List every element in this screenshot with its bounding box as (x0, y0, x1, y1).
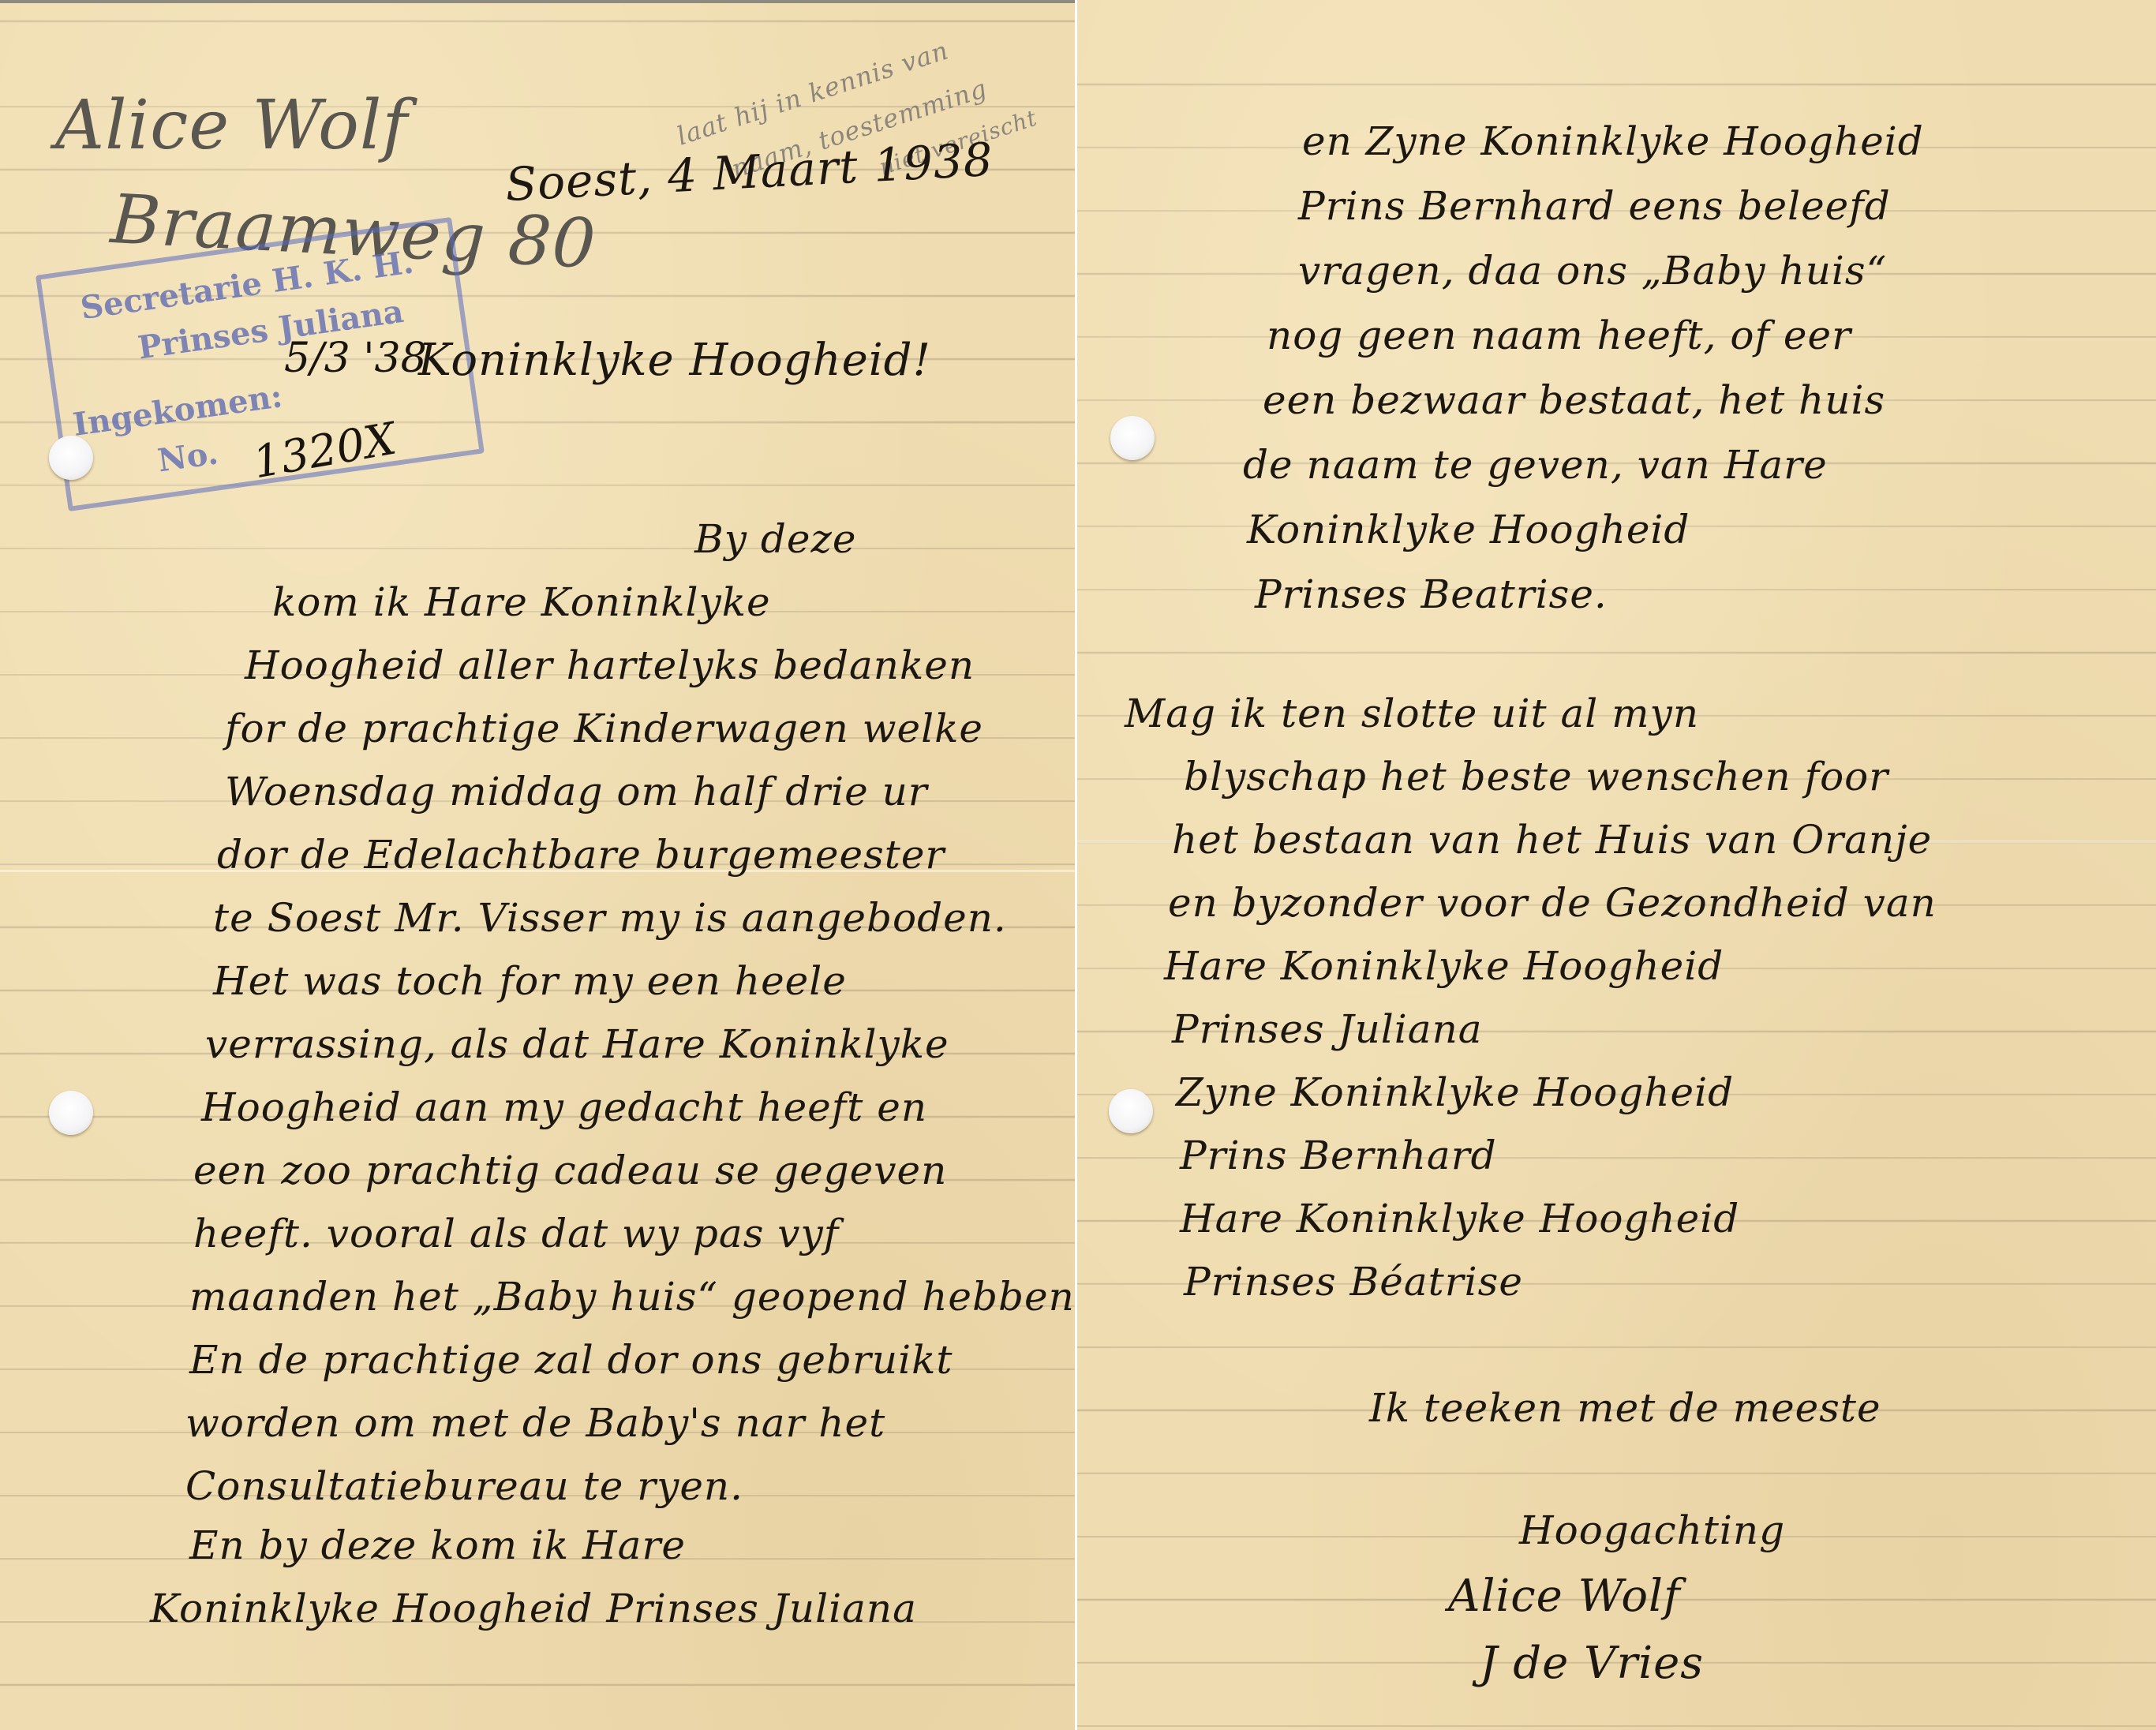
body-line: Het was toch for my een heele (213, 958, 847, 1004)
body-line: een zoo prachtig cadeau se gegeven (193, 1148, 947, 1193)
punch-hole (49, 1091, 93, 1135)
letter-page-1: Alice Wolf Braamweg 80 laat hij in kenni… (0, 0, 1075, 1730)
wish-line: Prins Bernhard (1180, 1133, 1497, 1178)
body-line: Koninklyke Hoogheid Prinses Juliana (150, 1586, 917, 1631)
stamp-number-label: No. (155, 434, 220, 479)
wish-line: Mag ik ten slotte uit al myn (1125, 691, 1699, 736)
body-line: Hoogheid aller hartelyks bedanken (245, 642, 975, 688)
body-line: By deze (694, 516, 856, 562)
body-line: te Soest Mr. Visser my is aangeboden. (213, 895, 1007, 941)
letter-page-2: en Zyne Koninklyke Hoogheid Prins Bernha… (1077, 0, 2156, 1730)
body-line: een bezwaar bestaat, het huis (1263, 377, 1885, 423)
stamp-received-value: 5/3 '38 (284, 335, 427, 382)
wish-line: en byzonder voor de Gezondheid van (1168, 880, 1937, 926)
wish-line: blyschap het beste wenschen foor (1184, 754, 1888, 799)
body-line: worden om met de Baby's nar het (185, 1400, 885, 1446)
body-line: Prins Bernhard eens beleefd (1298, 183, 1891, 229)
salutation: Koninklyke Hoogheid! (418, 335, 931, 386)
wish-line: het bestaan van het Huis van Oranje (1172, 817, 1932, 863)
wish-line: Hare Koninklyke Hoogheid (1164, 943, 1724, 989)
body-line: vragen, daa ons „Baby huis“ (1298, 248, 1887, 294)
body-line: nog geen naam heeft, of eer (1267, 313, 1851, 358)
closing-word: Hoogachting (1519, 1507, 1785, 1553)
body-line: maanden het „Baby huis“ geopend hebben. (189, 1274, 1075, 1320)
body-line: Prinses Beatrise. (1255, 571, 1608, 617)
body-line: dor de Edelachtbare burgemeester (217, 832, 945, 878)
wish-line: Zyne Koninklyke Hoogheid (1176, 1069, 1734, 1115)
punch-hole (1110, 416, 1155, 460)
date-line: Soest, 4 Maart 1938 (504, 133, 995, 212)
body-line: en Zyne Koninklyke Hoogheid (1302, 118, 1924, 164)
body-line: verrassing, als dat Hare Koninklyke (205, 1021, 949, 1067)
sender-name: Alice Wolf (55, 86, 408, 165)
body-line: for de prachtige Kinderwagen welke (225, 706, 983, 751)
signature-j-de-vries: J de Vries (1480, 1638, 1704, 1689)
wish-line: Prinses Juliana (1172, 1006, 1483, 1052)
body-line: Hoogheid aan my gedacht heeft en (201, 1084, 927, 1130)
punch-hole (1109, 1089, 1153, 1133)
wish-line: Hare Koninklyke Hoogheid (1180, 1196, 1739, 1241)
punch-hole (49, 436, 93, 480)
stamp-received-label: Ingekomen: (71, 377, 285, 444)
body-line: En by deze kom ik Hare (189, 1522, 686, 1568)
closing-line: Ik teeken met de meeste (1369, 1385, 1881, 1431)
body-line: kom ik Hare Koninklyke (272, 579, 771, 625)
body-line: de naam te geven, van Hare (1243, 442, 1828, 488)
body-line: Koninklyke Hoogheid (1247, 507, 1690, 552)
wish-line: Prinses Béatrise (1184, 1259, 1523, 1305)
body-line: Consultatiebureau te ryen. (185, 1463, 743, 1509)
body-line: Woensdag middag om half drie ur (225, 769, 928, 814)
signature-alice-wolf: Alice Wolf (1448, 1571, 1681, 1622)
body-line: heeft. vooral als dat wy pas vyf (193, 1211, 839, 1256)
body-line: En de prachtige zal dor ons gebruikt (189, 1337, 953, 1383)
